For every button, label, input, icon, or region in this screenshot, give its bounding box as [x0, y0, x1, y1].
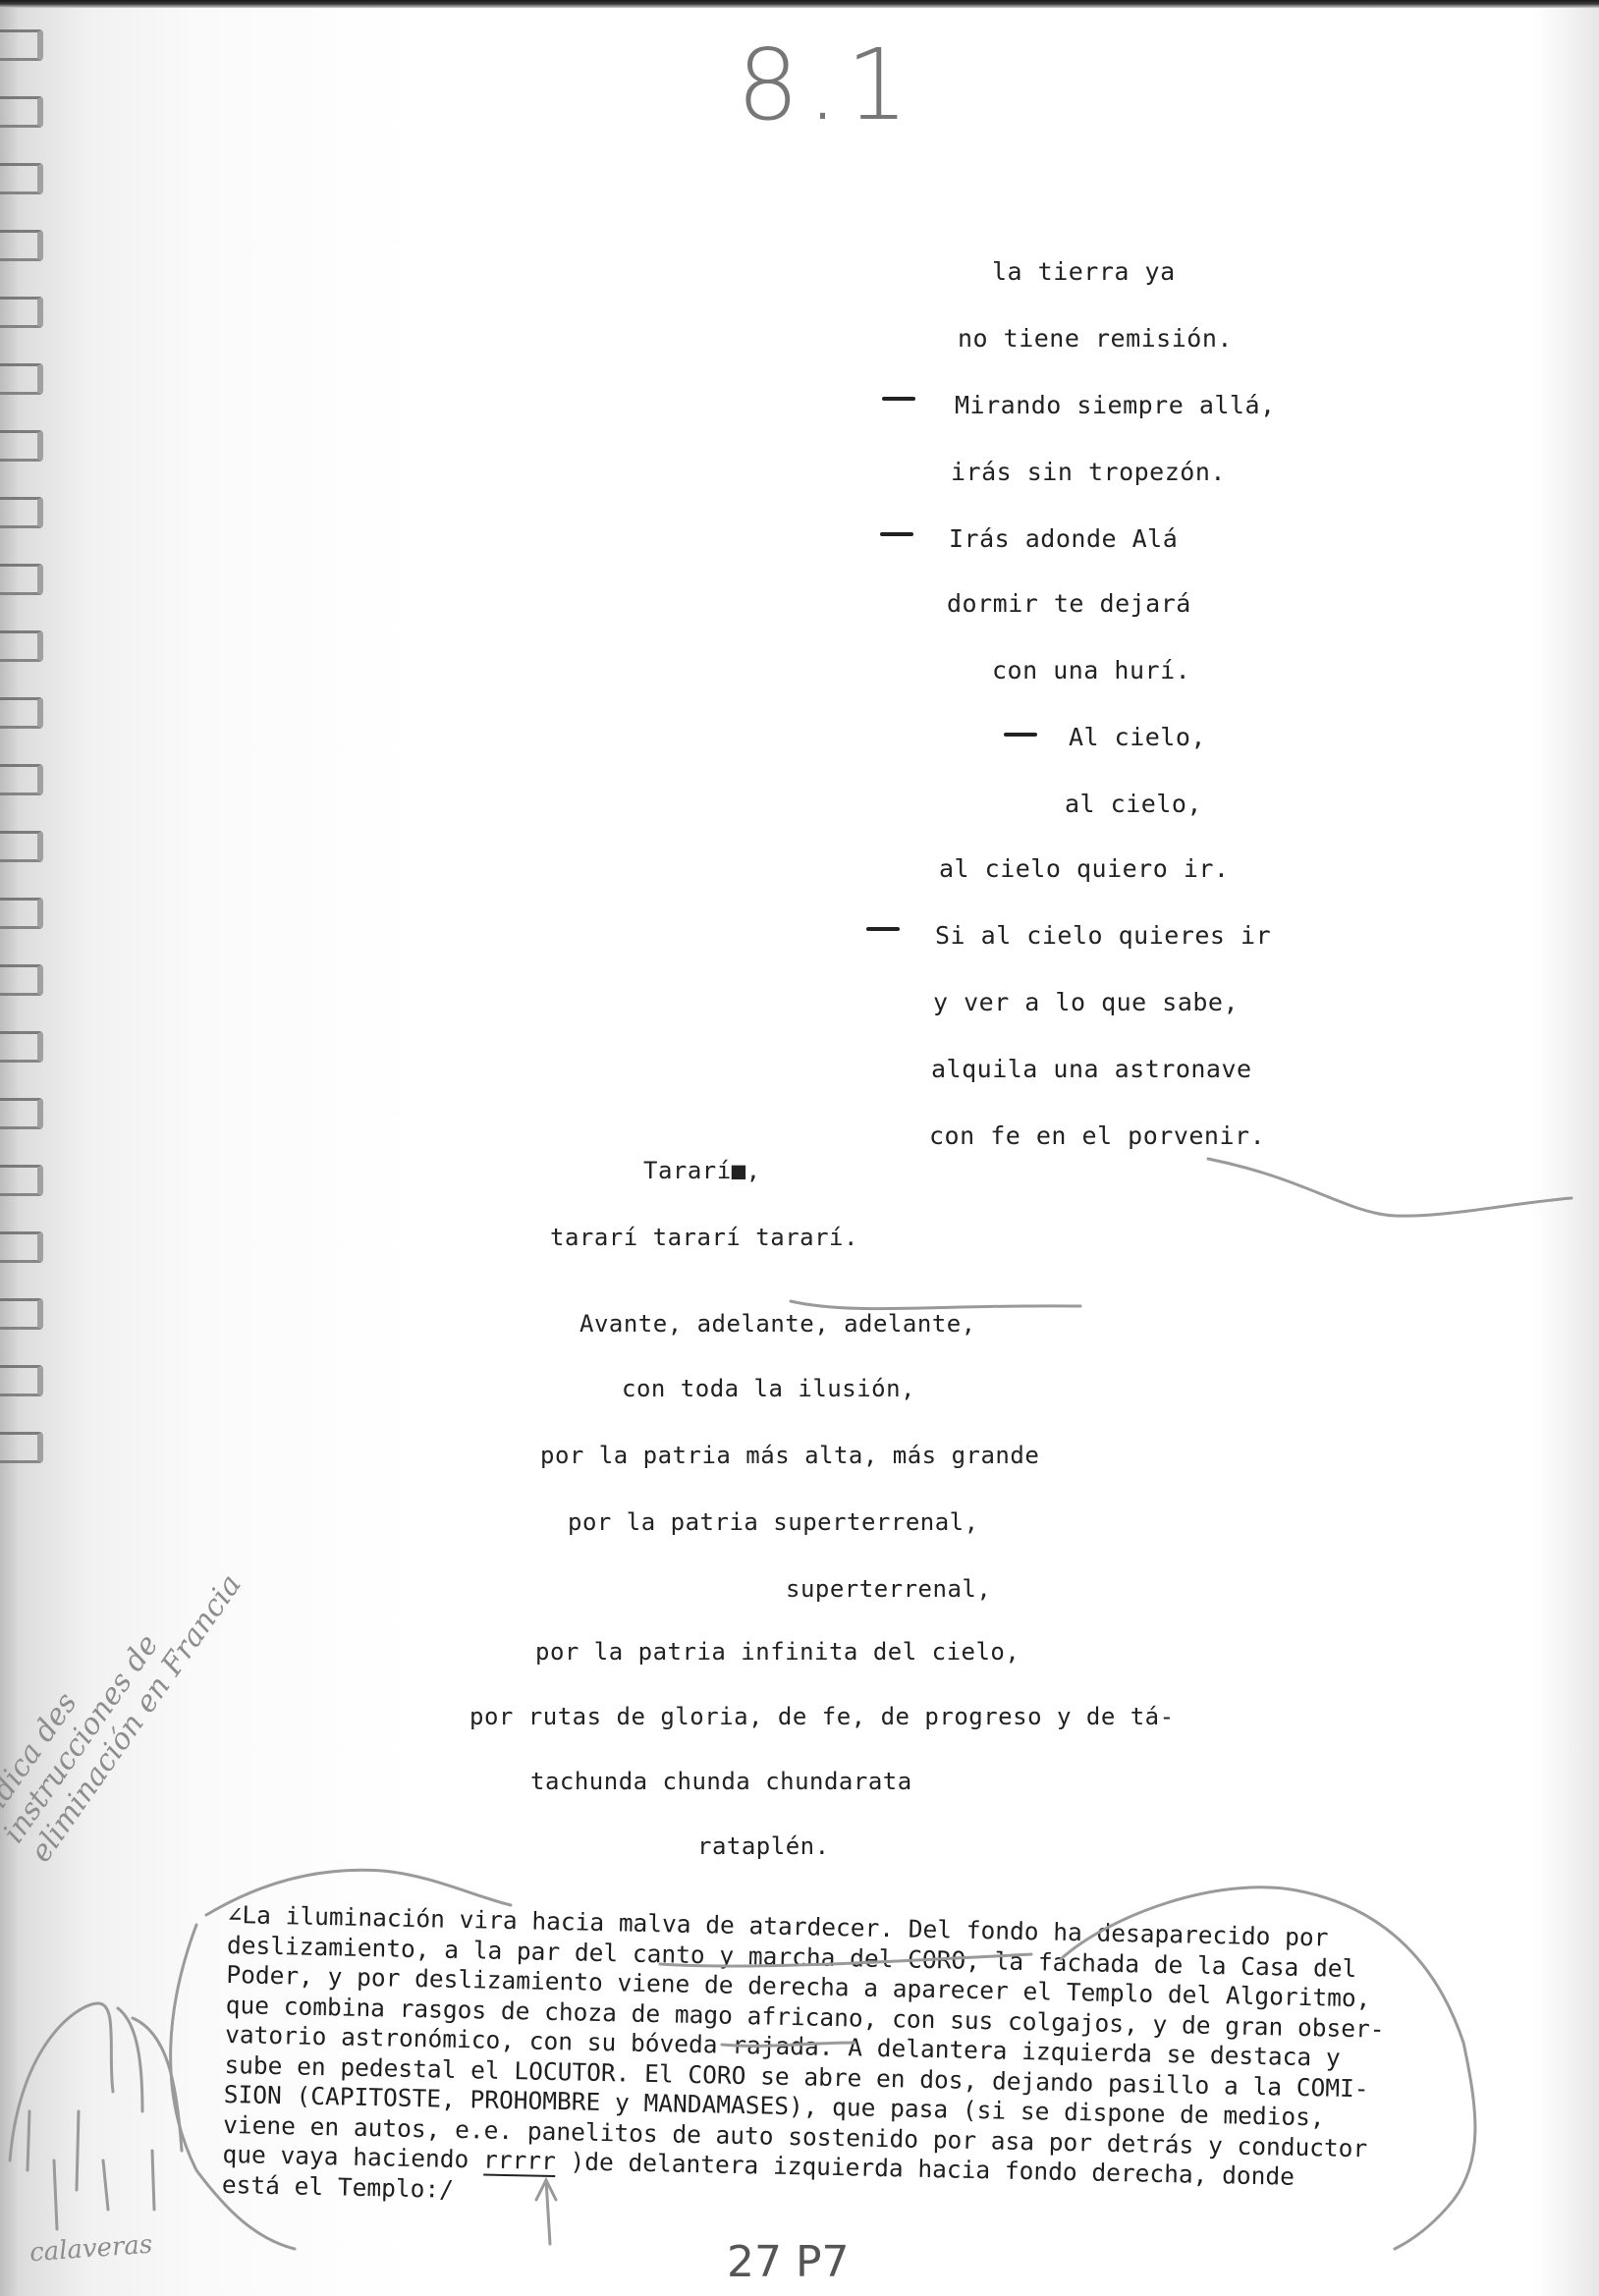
chorus-line: por la patria más alta, más grande	[540, 1442, 1039, 1469]
chorus-line: tararí tararí tararí.	[550, 1224, 858, 1251]
binding-ring	[0, 898, 43, 929]
verse-line: al cielo,	[1065, 790, 1202, 818]
chorus-line: por la patria infinita del cielo,	[535, 1638, 1020, 1666]
binding-ring	[0, 1098, 43, 1129]
chorus-line: con toda la ilusión,	[622, 1375, 915, 1402]
verse-line: irás sin tropezón.	[951, 458, 1226, 486]
chorus-line: superterrenal,	[786, 1575, 991, 1603]
dialogue-dash	[882, 397, 915, 401]
footer-page-numbers: 27 P7	[727, 2237, 850, 2287]
dialogue-dash	[1004, 733, 1037, 737]
chorus-line: por la patria superterrenal,	[568, 1508, 979, 1536]
verse-line: con fe en el porvenir.	[929, 1121, 1265, 1150]
chorus-line: rataplén.	[697, 1832, 830, 1860]
binding-ring	[0, 1365, 43, 1396]
page-top-edge	[0, 0, 1599, 8]
dialogue-dash	[866, 927, 900, 931]
verse-line: no tiene remisión.	[958, 324, 1233, 353]
binding-ring	[0, 497, 43, 528]
binding-ring	[0, 1031, 43, 1063]
handwritten-page-marker: 8.1	[737, 27, 916, 142]
binding-ring	[0, 697, 43, 729]
verse-line: Al cielo,	[1069, 723, 1206, 751]
binding-ring	[0, 1165, 43, 1196]
verse-line: con una hurí.	[992, 656, 1190, 684]
chorus-line: Tararí■,	[643, 1157, 761, 1184]
binding-ring	[0, 96, 43, 128]
binding-ring	[0, 764, 43, 795]
verse-line: Si al cielo quieres ir	[935, 921, 1271, 950]
chorus-line: Avante, adelante, adelante,	[579, 1310, 976, 1338]
verse-line: y ver a lo que sabe,	[933, 988, 1239, 1016]
binding-ring	[0, 564, 43, 595]
binding-ring	[0, 630, 43, 662]
binding-ring	[0, 964, 43, 996]
stage-direction: ∠La iluminación vira hacia malva de atar…	[222, 1900, 1485, 2226]
binding-ring	[0, 1231, 43, 1263]
binding-ring	[0, 363, 43, 395]
underlined-sound: rrrrr	[483, 2146, 556, 2178]
verse-line: alquila una astronave	[931, 1055, 1252, 1083]
verse-line: la tierra ya	[992, 257, 1176, 286]
dialogue-dash	[880, 532, 913, 536]
binding-ring	[0, 1432, 43, 1463]
verse-line: dormir te dejará	[947, 589, 1191, 618]
binding-ring	[0, 430, 43, 462]
spiral-binding	[0, 29, 49, 1503]
binding-ring	[0, 297, 43, 328]
verse-line: Mirando siempre allá,	[955, 391, 1276, 419]
chorus-line: tachunda chunda chundarata	[530, 1768, 912, 1795]
chorus-line: por rutas de gloria, de fe, de progreso …	[469, 1703, 1175, 1730]
verse-line: al cielo quiero ir.	[939, 854, 1229, 883]
binding-ring	[0, 1298, 43, 1330]
binding-ring	[0, 29, 43, 61]
verse-line: Irás adonde Alá	[949, 524, 1178, 553]
binding-ring	[0, 163, 43, 194]
binding-ring	[0, 831, 43, 862]
binding-ring	[0, 230, 43, 261]
